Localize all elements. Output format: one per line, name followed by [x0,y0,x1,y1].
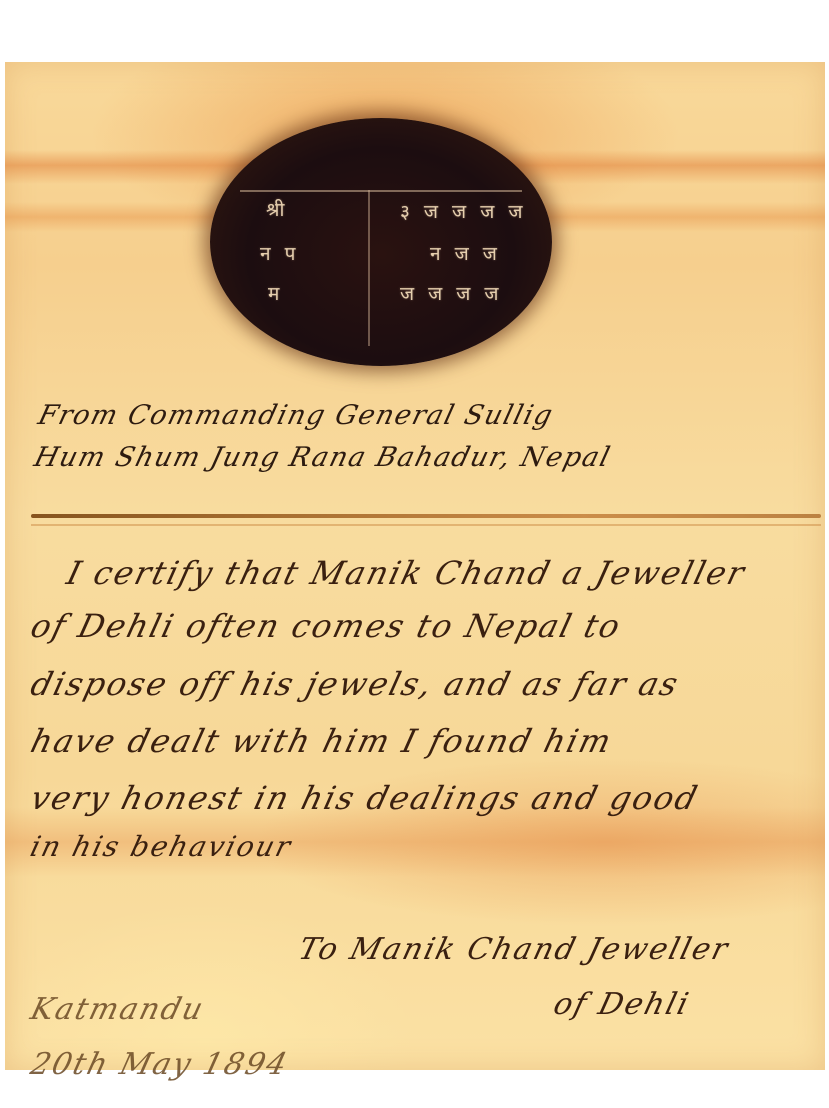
body-line: dispose off his jewels, and as far as [27,665,684,703]
document-page: श्री ३ ज ज ज ज न प न ज ज म ज ज ज ज From … [5,62,825,1070]
addressee-origin: of Dehli [550,987,694,1022]
seal-inscription: म [268,280,283,306]
seal-divider [368,190,370,346]
seal-inscription: ज ज ज ज [400,280,503,306]
body-line: very honest in his dealings and good [27,779,703,817]
seal-inscription: ३ ज ज ज ज [400,198,526,224]
seal-inscription: न ज ज [430,240,501,266]
date-of-writing: 20th May 1894 [27,1047,292,1082]
place-of-writing: Katmandu [27,992,208,1027]
header-divider [31,514,821,518]
seal-inscription: श्री [266,196,288,222]
header-from-line: From Commanding General Sullig [35,400,557,431]
body-line: I certify that Manik Chand a Jeweller [63,554,750,592]
body-line: in his behaviour [27,830,296,863]
header-divider-shadow [31,524,821,526]
body-line: of Dehli often comes to Nepal to [27,607,626,645]
header-name-line: Hum Shum Jung Rana Bahadur, Nepal [31,442,614,473]
seal-divider [240,190,522,192]
body-line: have dealt with him I found him [27,722,617,760]
addressee-line: To Manik Chand Jeweller [295,932,733,967]
seal-inscription: न प [260,240,299,266]
seal-icon: श्री ३ ज ज ज ज न प न ज ज म ज ज ज ज [210,118,552,366]
